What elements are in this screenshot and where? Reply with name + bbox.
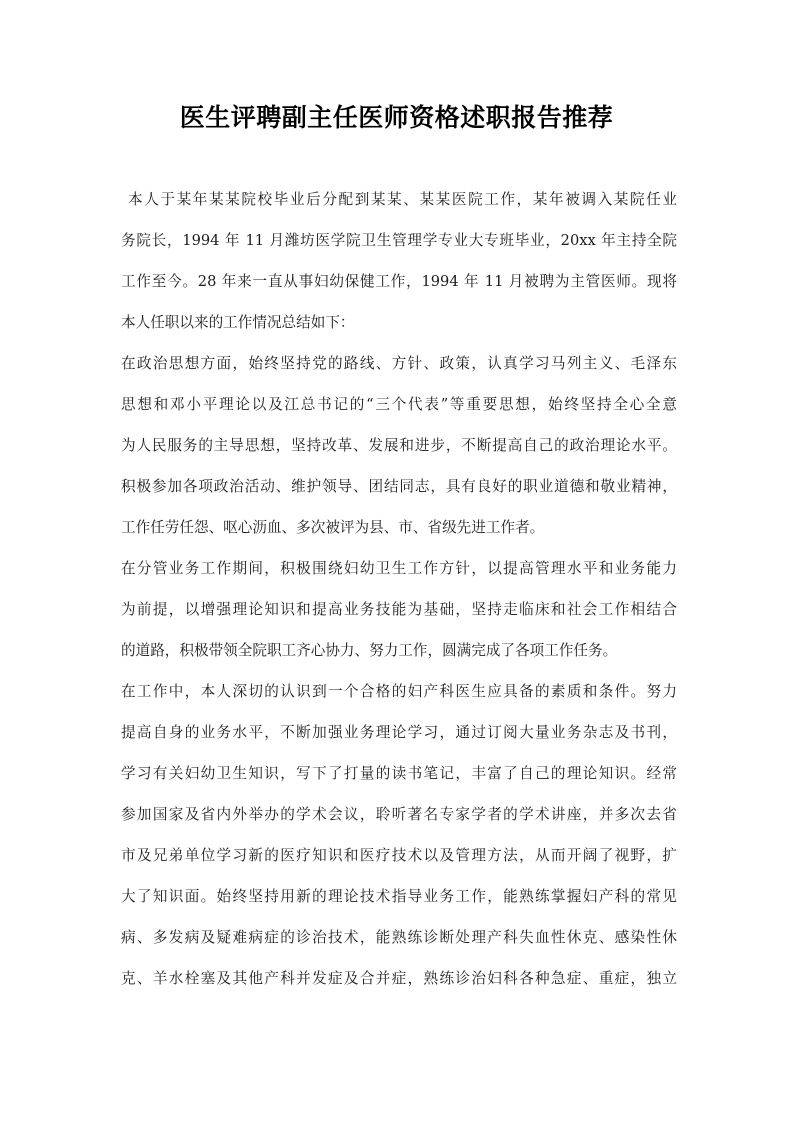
text-line: 市及兄弟单位学习新的医疗知识和医疗技术以及管理方法，从而开阔了视野，扩 [121,843,677,884]
paragraph-management: 在分管业务工作期间，积极围绕妇幼卫生工作方针，以提高管理水平和业务能力 为前提，… [121,556,677,679]
paragraph-intro: 本人于某年某某院校毕业后分配到某某、某某医院工作，某年被调入某院任业 务院长，1… [121,187,677,351]
text-line: 提高自身的业务水平，不断加强业务理论学习，通过订阅大量业务杂志及书刊， [121,720,677,761]
text-line: 在政治思想方面，始终坚持党的路线、方针、政策，认真学习马列主义、毛泽东 [121,351,677,392]
text-line: 为人民服务的主导思想，坚持改革、发展和进步，不断提高自己的政治理论水平。 [121,433,677,474]
text-line: 的道路，积极带领全院职工齐心协力、努力工作，圆满完成了各项工作任务。 [121,638,677,679]
text-line: 在分管业务工作期间，积极围绕妇幼卫生工作方针，以提高管理水平和业务能力 [121,556,677,597]
text-line: 工作至今。28 年来一直从事妇幼保健工作，1994 年 11 月被聘为主管医师。… [121,269,677,310]
text-line: 病、多发病及疑难病症的诊治技术，能熟练诊断处理产科失血性休克、感染性休 [121,925,677,966]
text-line: 为前提，以增强理论知识和提高业务技能为基础，坚持走临床和社会工作相结合 [121,597,677,638]
text-line: 本人于某年某某院校毕业后分配到某某、某某医院工作，某年被调入某院任业 [121,187,677,228]
document-title: 医生评聘副主任医师资格述职报告推荐 [0,98,793,134]
text-line: 参加国家及省内外举办的学术会议，聆听著名专家学者的学术讲座，并多次去省 [121,802,677,843]
text-line: 在工作中，本人深切的认识到一个合格的妇产科医生应具备的素质和条件。努力 [121,679,677,720]
text-line: 工作任劳任怨、呕心沥血、多次被评为县、市、省级先进工作者。 [121,515,677,556]
text-line: 大了知识面。始终坚持用新的理论技术指导业务工作，能熟练掌握妇产科的常见 [121,884,677,925]
text-line: 克、羊水栓塞及其他产科并发症及合并症，熟练诊治妇科各种急症、重症，独立 [121,966,677,1007]
paragraph-political: 在政治思想方面，始终坚持党的路线、方针、政策，认真学习马列主义、毛泽东 思想和邓… [121,351,677,556]
document-body: 本人于某年某某院校毕业后分配到某某、某某医院工作，某年被调入某院任业 务院长，1… [121,187,677,1007]
text-line: 思想和邓小平理论以及江总书记的“三个代表”等重要思想，始终坚持全心全意 [121,392,677,433]
text-line: 本人任职以来的工作情况总结如下： [121,310,677,351]
text-line: 务院长，1994 年 11 月潍坊医学院卫生管理学专业大专班毕业，20xx 年主… [121,228,677,269]
text-line: 积极参加各项政治活动、维护领导、团结同志，具有良好的职业道德和敬业精神， [121,474,677,515]
document-page: 医生评聘副主任医师资格述职报告推荐 本人于某年某某院校毕业后分配到某某、某某医院… [0,0,793,1122]
paragraph-professional: 在工作中，本人深切的认识到一个合格的妇产科医生应具备的素质和条件。努力 提高自身… [121,679,677,1007]
text-line: 学习有关妇幼卫生知识，写下了打量的读书笔记，丰富了自己的理论知识。经常 [121,761,677,802]
